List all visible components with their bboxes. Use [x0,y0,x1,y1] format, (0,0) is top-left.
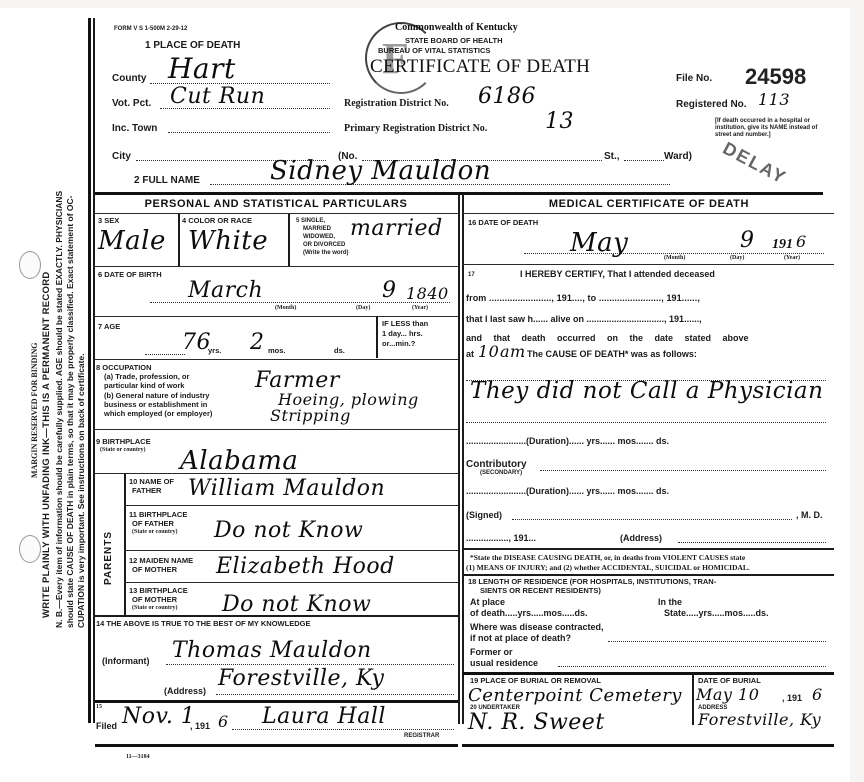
st-label: St., [604,152,620,162]
cause-line-2 [466,422,826,423]
city-label: City [112,152,131,162]
rule [95,700,458,703]
county-label: County [112,74,146,84]
personal-heading: PERSONAL AND STATISTICAL PARTICULARS [96,198,456,210]
age-line [145,354,185,355]
item-17-number: 17 [468,272,475,279]
date-of-death-label: 16 DATE OF DEATH [468,219,538,227]
rule [462,574,834,576]
left-border-inner [93,18,95,723]
dod-year-suffix: 6 [796,232,807,251]
certificate-title: CERTIFICATE OF DEATH [370,56,590,78]
from-line: from ........................, 191...., … [466,293,700,303]
filed-number: 15 [96,704,102,711]
birthplace-sub: (State or country) [100,447,146,454]
dod-month: May [570,228,628,258]
father-name-label-1: 10 NAME OF [129,478,174,486]
dob-day-caption: (Day) [356,305,370,312]
inc-town-line [168,132,330,133]
parents-side-label: PARENTS [103,531,114,585]
filed-label: Filed [96,721,117,731]
dod-month-caption: (Month) [664,255,685,262]
last-saw-line: that I last saw h...... alive on .......… [466,314,702,324]
delay-stamp: DELAY [719,138,790,189]
dod-line [524,253,824,254]
margin-reserved-text: MARGIN RESERVED FOR BINDING [30,342,39,478]
rule [95,213,458,214]
duration-line-1: ........................(Duration)......… [466,436,669,446]
rule [462,548,834,550]
vot-pct-label: Vot. Pct. [112,99,151,109]
father-bp-label-1: 11 BIRTHPLACE [129,511,187,519]
in-state-label-2: State.....yrs.....mos.....ds. [664,608,769,618]
signed-date-line: ................., 191... [466,533,536,543]
father-bp-label-3: (State or country) [132,529,178,536]
form-number: FORM V S 1-500M 2-29-12 [114,26,187,33]
filed-year-prefix: , 191 [190,721,210,731]
rule [462,744,834,747]
registrar-line [232,729,454,730]
registered-no-value: 113 [758,90,790,109]
informant-value: Thomas Mauldon [172,638,372,663]
filed-year-suffix: 6 [218,712,229,731]
contracted-line [608,641,826,642]
mother-bp-value: Do not Know [222,592,371,617]
county-value: Hart [168,52,236,85]
occ-a-1: (a) Trade, profession, or [104,373,189,381]
full-name-value: Sidney Mauldon [270,156,491,186]
marital-label-2: MARRIED [303,226,331,233]
former-residence-line [558,666,826,667]
dob-month: March [188,278,263,303]
binding-hole-bottom [19,535,41,563]
rule [124,505,458,506]
file-no-label: File No. [676,74,712,84]
birthplace-value: Alabama [180,446,298,476]
footnote-line-1: *State the DISEASE CAUSING DEATH, or, in… [470,554,745,561]
cause-of-death-value: They did not Call a Physician [470,378,823,404]
residence-label-1: 18 LENGTH OF RESIDENCE (FOR HOSPITALS, I… [468,578,716,586]
dod-day: 9 [740,228,755,253]
informant-line [166,664,454,665]
board-of-health-text: STATE BOARD OF HEALTH [405,37,503,45]
center-divider-2 [462,194,464,724]
footnote-line-2: (1) MEANS OF INJURY; and (2) whether ACC… [466,564,750,571]
primary-registration-label: Primary Registration District No. [344,124,487,134]
rule [692,673,694,725]
registrar-label: REGISTRAR [404,733,439,740]
age-years: 76 [182,330,211,355]
race-value: White [188,226,268,256]
race-label: 4 COLOR OR RACE [182,217,252,225]
occ-b-1: (b) General nature of industry [104,392,209,400]
rule [95,615,458,617]
instructions-line-2: should state CAUSE OF DEATH in plain ter… [65,196,75,629]
informant-address-line [216,694,454,695]
at-place-label-2: of death.....yrs.....mos.....ds. [470,608,588,618]
cause-label: . The CAUSE OF DEATH* was as follows: [522,349,697,359]
burial-place-value: Centerpoint Cemetery [468,685,682,706]
bureau-text: BUREAU OF VITAL STATISTICS [378,47,490,55]
registration-district-label: Registration District No. [344,99,449,109]
informant-address-label: (Address) [164,686,206,696]
physician-address-label: (Address) [620,533,662,543]
rule [124,550,458,551]
rule [462,264,834,265]
registered-no-label: Registered No. [676,100,747,110]
physician-address-line [678,542,826,543]
mother-bp-label-1: 13 BIRTHPLACE [129,587,188,595]
marital-value: married [350,216,443,241]
file-no-value: 24598 [745,64,806,90]
burial-date-label: DATE OF BURIAL [698,677,761,685]
left-border [88,18,91,723]
medical-heading: MEDICAL CERTIFICATE OF DEATH [464,198,834,210]
registrar-signature: Laura Hall [262,704,386,729]
contracted-label-1: Where was disease contracted, [470,622,604,632]
residence-label-2: SIENTS OR RECENT RESIDENTS) [480,587,601,595]
age-days-caption: ds. [334,347,345,355]
at-place-label-1: At place [470,597,505,607]
inc-town-label: Inc. Town [112,124,157,134]
hospital-note: [If death occurred in a hospital or inst… [715,118,830,139]
rule [95,744,458,747]
dod-year-prefix: 191 [772,237,793,253]
mother-name-label-1: 12 MAIDEN NAME [129,557,193,565]
secondary-label: (SECONDARY) [480,470,522,477]
undertaker-value: N. R. Sweet [468,710,605,735]
occ-a-2: particular kind of work [104,382,184,390]
contributory-label: Contributory [466,460,527,470]
full-name-label: 2 FULL NAME [134,176,200,186]
mother-name-value: Elizabeth Hood [216,554,395,579]
rule [288,214,290,266]
birthplace-label: 9 BIRTHPLACE [96,438,151,446]
commonwealth-text: Commonwealth of Kentucky [395,22,518,33]
rule [124,582,458,583]
former-residence-label-2: usual residence [470,658,538,668]
instructions-line-1: N. B.—Every item of information should b… [54,191,64,628]
former-residence-label-1: Former or [470,647,513,657]
rule [95,473,458,474]
marital-label-1: 5 SINGLE, [296,218,325,225]
rule [376,316,378,358]
dob-label: 6 DATE OF BIRTH [98,271,162,279]
marital-label-4: OR DIVORCED [303,242,345,249]
informant-heading: 14 THE ABOVE IS TRUE TO THE BEST OF MY K… [96,620,310,628]
burial-year-suffix: 6 [812,685,823,704]
burial-year-prefix: , 191 [782,693,802,703]
primary-registration-value: 13 [545,109,574,134]
rule [178,214,180,266]
father-name-label-2: FATHER [132,487,161,495]
instructions-line-3: CUPATION is very important. See instruct… [76,353,86,628]
undertaker-address-value: Forestville, Ky [698,710,821,729]
rule [95,359,458,360]
rule [462,213,834,214]
mother-bp-label-2: OF MOTHER [132,596,177,604]
binding-hole-top [19,251,41,279]
dod-day-caption: (Day) [730,255,744,262]
burial-place-label: 19 PLACE OF BURIAL OR REMOVAL [470,677,601,685]
center-divider [458,194,460,724]
occupation-label: 8 OCCUPATION [96,364,152,372]
vot-pct-value: Cut Run [170,84,265,109]
occ-b-2: business or establishment in [104,401,207,409]
death-time: 10 [478,342,499,361]
marital-label-5: (Write the word) [303,250,349,257]
rule [462,672,834,675]
father-bp-label-2: OF FATHER [132,520,174,528]
mother-bp-label-3: (State or country) [132,605,178,612]
md-label: , M. D. [796,510,823,520]
signed-line [512,519,792,520]
signed-label: (Signed) [466,510,502,520]
age-months: 2 [250,330,265,355]
industry-value-2: Stripping [270,406,351,425]
form-code: 11—3184 [126,754,150,761]
rule [95,429,458,430]
write-plainly-text: WRITE PLAINLY WITH UNFADING INK—THIS IS … [41,271,52,618]
informant-address-value: Forestville, Ky [218,666,384,691]
at-label: at [466,349,474,359]
contracted-label-2: if not at place of death? [470,633,571,643]
rule [95,316,458,317]
age-label: 7 AGE [98,323,120,331]
mother-name-label-2: OF MOTHER [132,566,177,574]
less-than-2: 1 day... hrs. [382,330,423,338]
age-years-caption: yrs. [208,347,221,355]
burial-date-value: May 10 [696,685,759,704]
registration-district-value: 6186 [478,84,536,109]
filed-date: Nov. 1 [122,704,195,729]
in-state-label-1: In the [658,597,682,607]
rule [95,266,458,267]
father-name-value: William Mauldon [188,476,385,501]
dob-day: 9 [382,278,397,303]
ward-line [624,160,664,161]
sex-label: 3 SEX [98,217,119,225]
duration-line-2: ........................(Duration)......… [466,486,669,496]
dob-year-caption: (Year) [412,305,428,312]
certify-text: I HEREBY CERTIFY, That I attended deceas… [520,269,715,279]
contributory-line [540,470,826,471]
less-than-3: or...min.? [382,340,415,348]
occ-b-3: which employed (or employer) [104,410,212,418]
ward-label: Ward) [664,152,692,162]
age-months-caption: mos. [268,347,286,355]
dob-month-caption: (Month) [275,305,296,312]
place-of-death-heading: 1 PLACE OF DEATH [145,41,240,51]
dod-year-caption: (Year) [784,255,800,262]
dob-year: 1840 [406,284,449,303]
marital-label-3: WIDOWED, [303,234,335,241]
father-bp-value: Do not Know [214,518,363,543]
informant-label: (Informant) [102,656,150,666]
rule [124,473,126,615]
less-than-1: IF LESS than [382,320,428,328]
death-certificate: MARGIN RESERVED FOR BINDING WRITE PLAINL… [0,8,850,782]
sex-value: Male [98,226,166,256]
